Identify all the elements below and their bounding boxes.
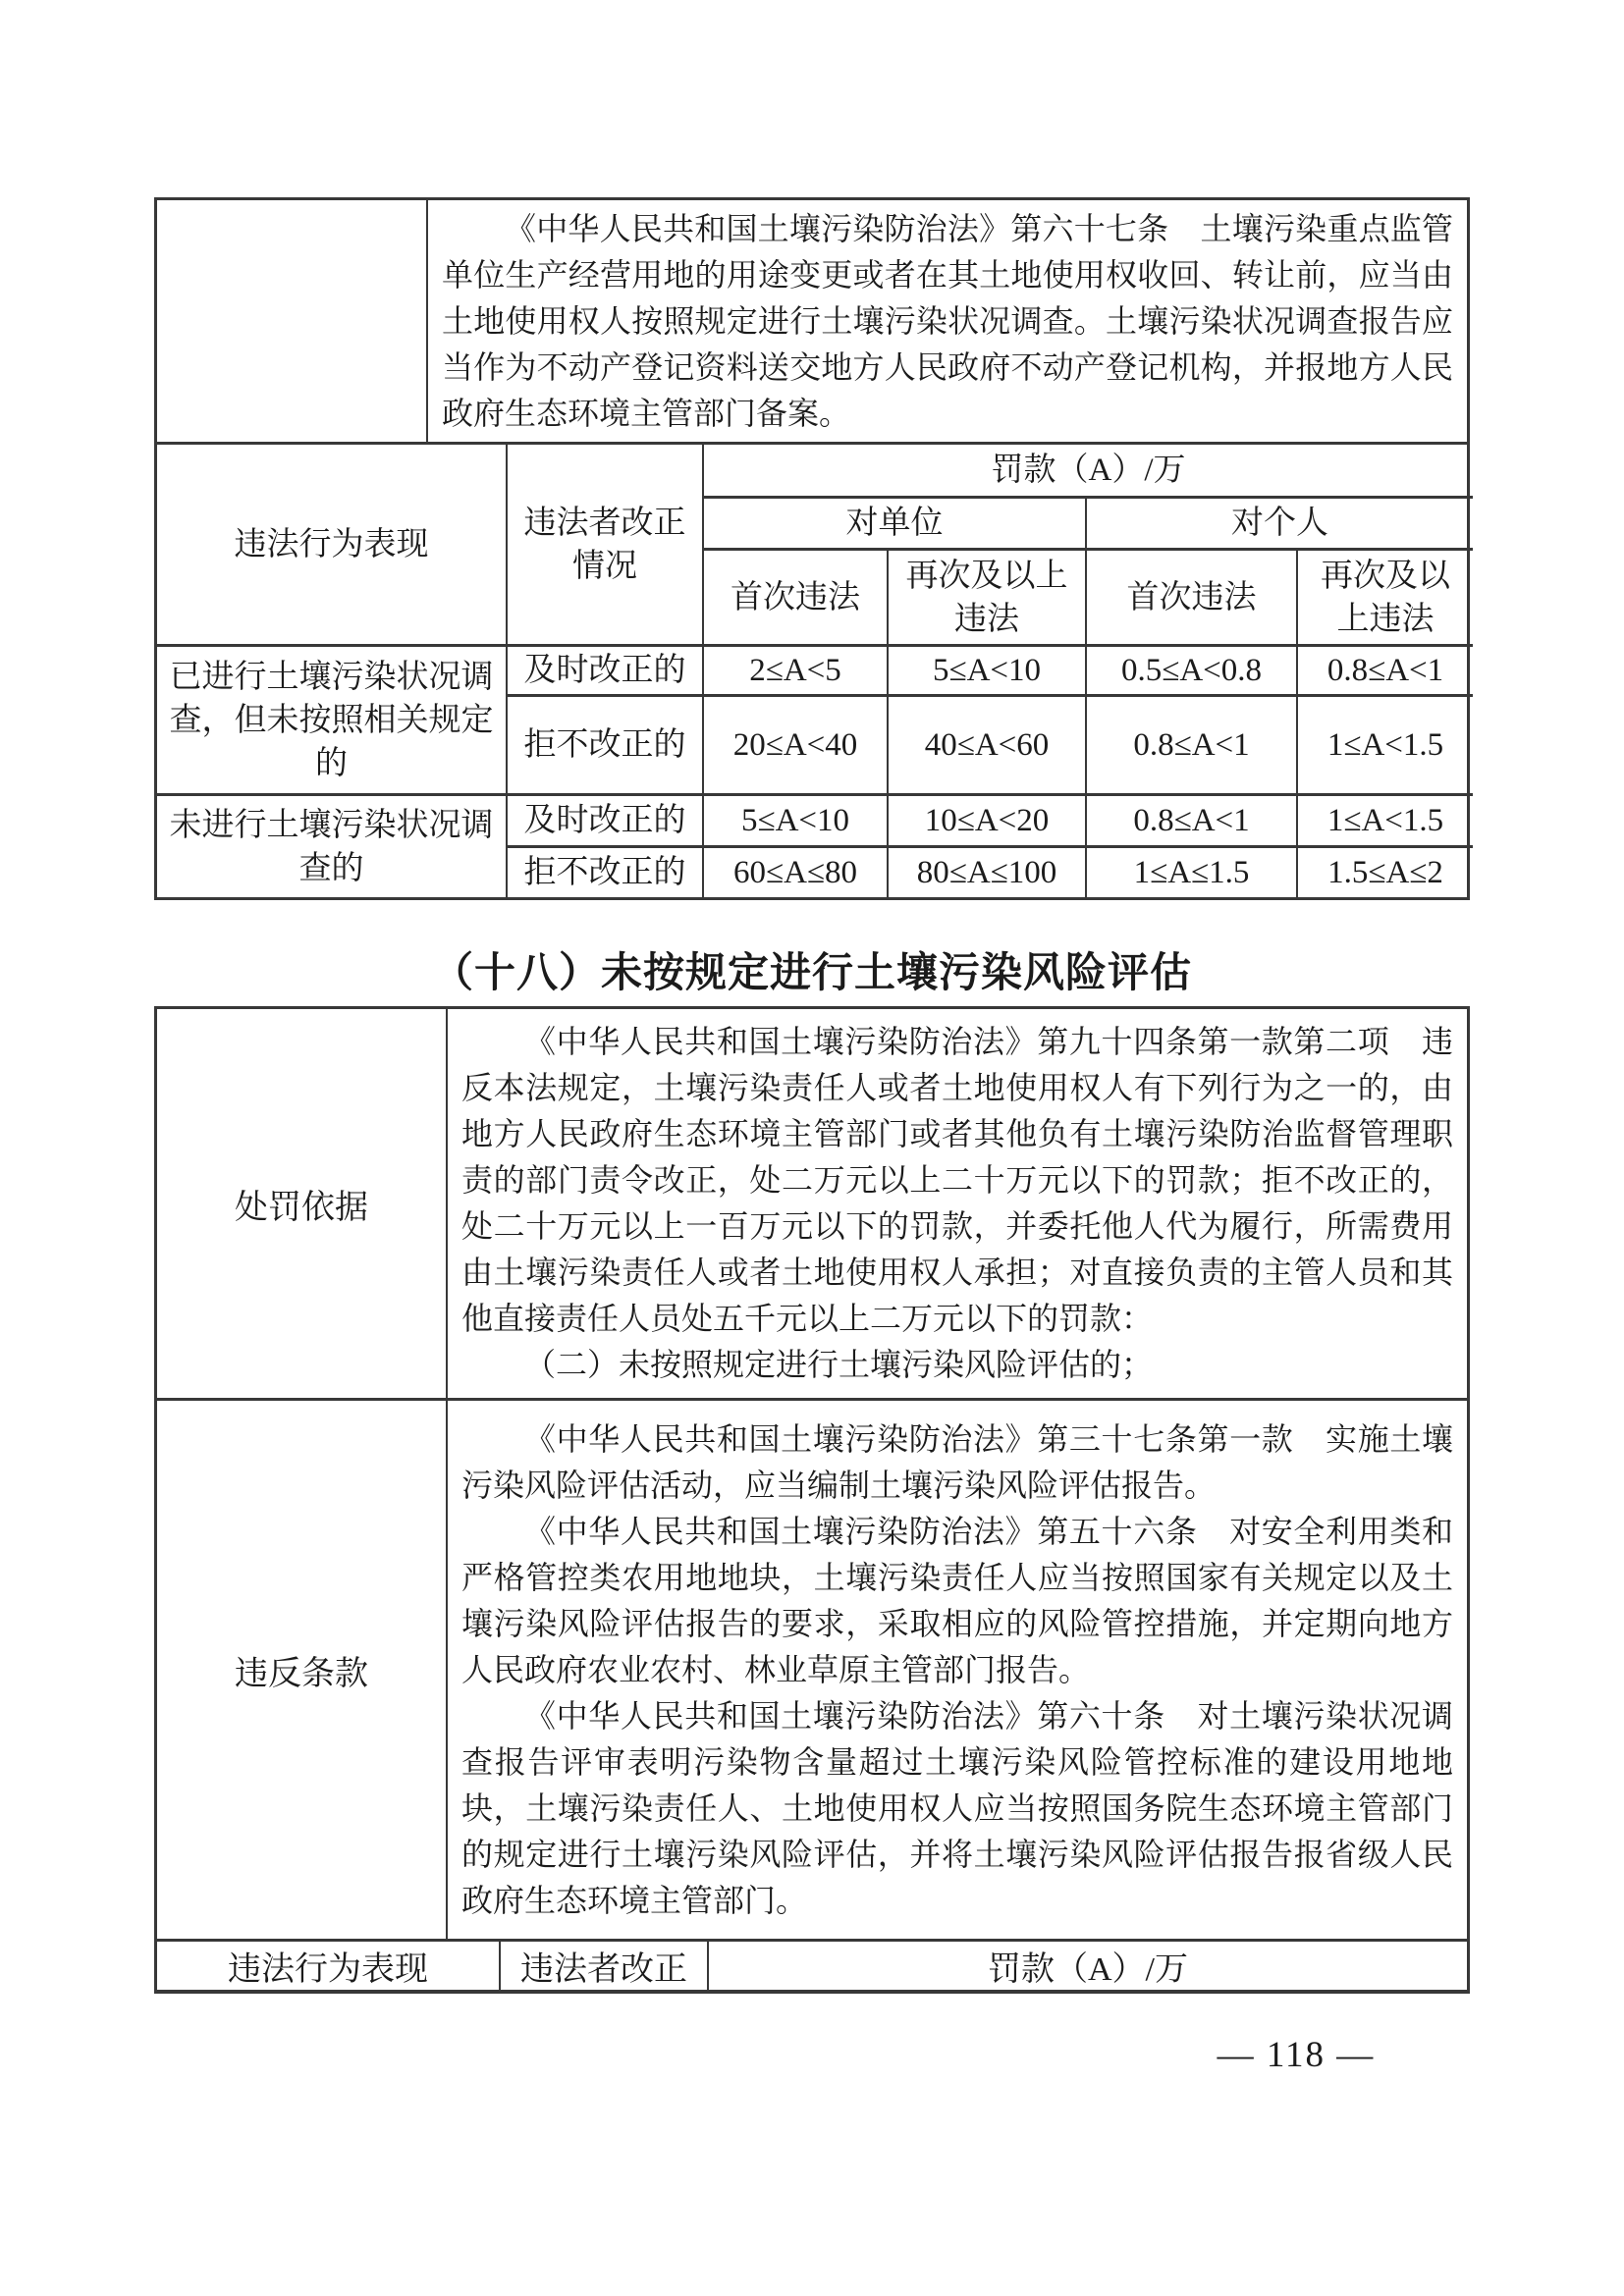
penalty-value-cell: 10≤A<20 <box>887 793 1085 845</box>
column-header-correction: 违法者改正 情况 <box>506 445 702 644</box>
section-heading-18: （十八）未按规定进行土壤污染风险评估 <box>0 948 1624 999</box>
penalty-value-cell: 0.5≤A<0.8 <box>1085 644 1296 694</box>
violated-clauses-row: 违反条款 《中华人民共和国土壤污染防治法》第三十七条第一款 实施土壤污染风险评估… <box>157 1401 1467 1942</box>
next-table-header-row: 违法行为表现 违法者改正 罚款（A）/万 <box>157 1942 1467 1990</box>
law-article-37-paragraph: 《中华人民共和国土壤污染防治法》第三十七条第一款 实施土壤污染风险评估活动，应当… <box>461 1416 1453 1509</box>
behavior-cell-investigated-not-per-rules: 已进行土壤污染状况调查，但未按照相关规定的 <box>157 644 506 793</box>
penalty-basis-label: 处罚依据 <box>157 1009 448 1398</box>
column-header-individual-first: 首次违法 <box>1085 548 1296 644</box>
page-number: — 118 — <box>1129 2034 1463 2076</box>
penalty-value-cell: 5≤A<10 <box>887 644 1085 694</box>
law-article-94-item-2: （二）未按照规定进行土壤污染风险评估的； <box>461 1342 1453 1388</box>
penalty-grid: 违法行为表现 违法者改正 情况 罚款（A）/万 对单位 对个人 首次违法 再次及… <box>157 445 1467 897</box>
column-header-unit-first: 首次违法 <box>702 548 887 644</box>
penalty-value-cell: 1≤A<1.5 <box>1296 793 1473 845</box>
column-header-unit-repeat: 再次及以上 违法 <box>887 548 1085 644</box>
penalty-value-cell: 20≤A<40 <box>702 694 887 793</box>
law-article-60-paragraph: 《中华人民共和国土壤污染防治法》第六十条 对土壤污染状况调查报告评审表明污染物含… <box>461 1693 1453 1924</box>
correction-cell: 及时改正的 <box>506 644 702 694</box>
column-header-behavior: 违法行为表现 <box>157 445 506 644</box>
penalty-value-cell: 40≤A<60 <box>887 694 1085 793</box>
law-article-67-text: 《中华人民共和国土壤污染防治法》第六十七条 土壤污染重点监管单位生产经营用地的用… <box>428 200 1467 442</box>
column-header-penalty-title: 罚款（A）/万 <box>702 445 1473 496</box>
penalty-value-cell: 0.8≤A<1 <box>1085 793 1296 845</box>
violated-clauses-label: 违反条款 <box>157 1401 448 1939</box>
penalty-value-cell: 1.5≤A≤2 <box>1296 845 1473 897</box>
penalty-value-cell: 60≤A≤80 <box>702 845 887 897</box>
penalty-basis-continued-row: 《中华人民共和国土壤污染防治法》第六十七条 土壤污染重点监管单位生产经营用地的用… <box>157 200 1467 445</box>
penalty-basis-empty-label-cell <box>157 200 428 442</box>
penalty-basis-row: 处罚依据 《中华人民共和国土壤污染防治法》第九十四条第一款第二项 违反本法规定，… <box>157 1009 1467 1401</box>
correction-cell: 拒不改正的 <box>506 845 702 897</box>
penalty-value-cell: 80≤A≤100 <box>887 845 1085 897</box>
penalty-value-cell: 0.8≤A<1 <box>1296 644 1473 694</box>
penalty-value-cell: 5≤A<10 <box>702 793 887 845</box>
footer-header-correction: 违法者改正 <box>501 1942 709 1990</box>
correction-cell: 及时改正的 <box>506 793 702 845</box>
footer-header-behavior: 违法行为表现 <box>157 1942 501 1990</box>
risk-assessment-table: 处罚依据 《中华人民共和国土壤污染防治法》第九十四条第一款第二项 违反本法规定，… <box>154 1006 1470 1994</box>
violated-clauses-text: 《中华人民共和国土壤污染防治法》第三十七条第一款 实施土壤污染风险评估活动，应当… <box>448 1401 1467 1939</box>
penalty-table-investigation: 《中华人民共和国土壤污染防治法》第六十七条 土壤污染重点监管单位生产经营用地的用… <box>154 197 1470 900</box>
column-header-individual-group: 对个人 <box>1085 496 1473 548</box>
column-header-individual-repeat: 再次及以 上违法 <box>1296 548 1473 644</box>
penalty-value-cell: 2≤A<5 <box>702 644 887 694</box>
penalty-value-cell: 0.8≤A<1 <box>1085 694 1296 793</box>
law-article-94-paragraph: 《中华人民共和国土壤污染防治法》第九十四条第一款第二项 违反本法规定，土壤污染责… <box>461 1019 1453 1342</box>
document-page: 《中华人民共和国土壤污染防治法》第六十七条 土壤污染重点监管单位生产经营用地的用… <box>0 0 1624 2296</box>
column-header-unit-group: 对单位 <box>702 496 1085 548</box>
penalty-value-cell: 1≤A≤1.5 <box>1085 845 1296 897</box>
penalty-basis-text: 《中华人民共和国土壤污染防治法》第九十四条第一款第二项 违反本法规定，土壤污染责… <box>448 1009 1467 1398</box>
behavior-cell-not-investigated: 未进行土壤污染状况调查的 <box>157 793 506 897</box>
law-article-56-paragraph: 《中华人民共和国土壤污染防治法》第五十六条 对安全利用类和严格管控类农用地地块，… <box>461 1509 1453 1693</box>
penalty-value-cell: 1≤A<1.5 <box>1296 694 1473 793</box>
footer-header-penalty: 罚款（A）/万 <box>709 1942 1467 1990</box>
correction-cell: 拒不改正的 <box>506 694 702 793</box>
